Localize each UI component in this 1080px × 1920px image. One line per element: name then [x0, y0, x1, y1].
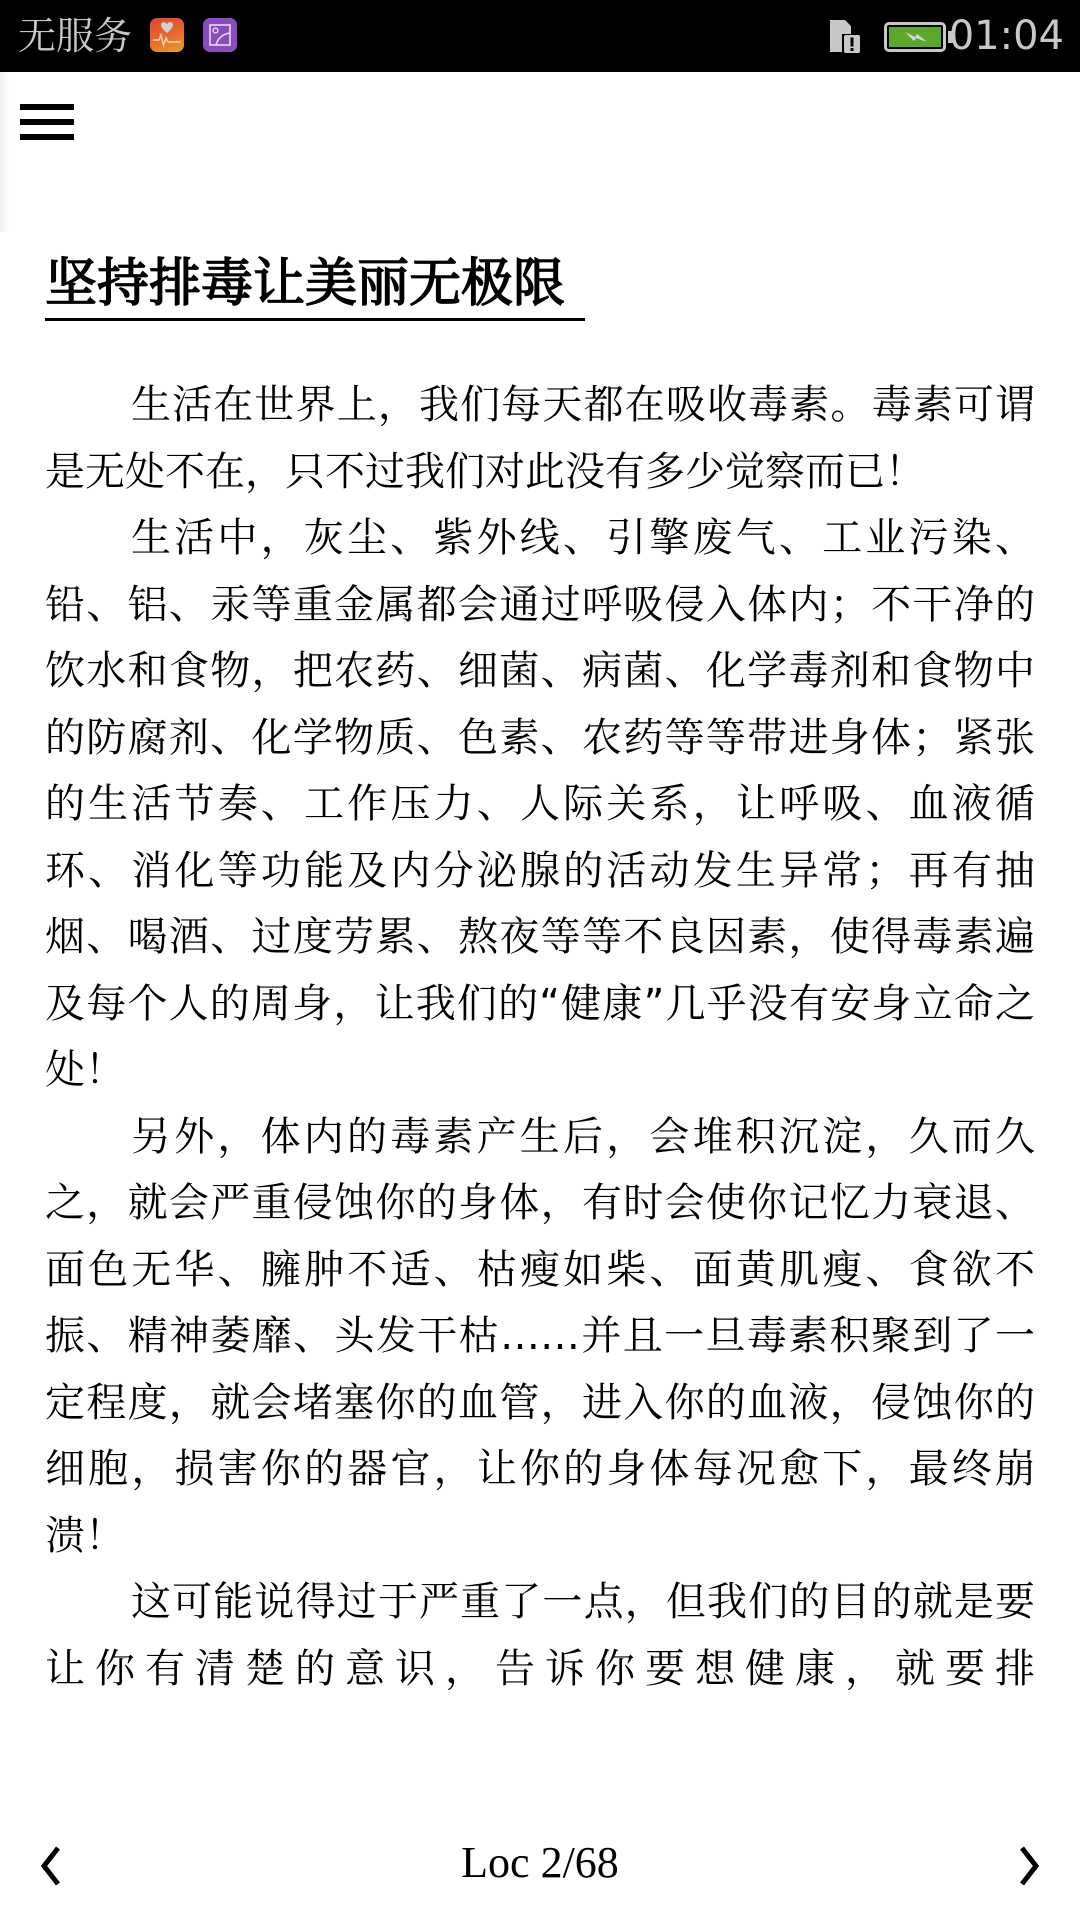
health-app-icon: [150, 18, 184, 52]
chevron-right-icon: [1002, 1834, 1052, 1894]
gallery-app-icon: [203, 18, 237, 52]
reader-footer: Loc 2/68: [0, 1830, 1080, 1900]
hamburger-menu-icon: [20, 104, 74, 110]
paragraph: 这可能说得过于严重了一点，但我们的目的就是要让你有清楚的意识，告诉你要想健康，就…: [45, 1569, 1035, 1702]
carrier-label: 无服务: [18, 14, 132, 58]
sim-alert-icon: [828, 18, 862, 54]
location-indicator: Loc 2/68: [0, 1836, 1080, 1890]
battery-charging-icon: [884, 22, 946, 52]
status-bar: 无服务 01:04: [0, 0, 1080, 72]
title-underline: [45, 318, 585, 321]
paragraph: 另外，体内的毒素产生后，会堆积沉淀，久而久之，就会严重侵蚀你的身体，有时会使你记…: [45, 1104, 1035, 1570]
clock: 01:04: [949, 13, 1064, 59]
hamburger-menu-icon-bar: [20, 134, 74, 140]
battery-level: [889, 27, 941, 47]
paragraph: 生活中，灰尘、紫外线、引擎废气、工业污染、铅、铝、汞等重金属都会通过呼吸侵入体内…: [45, 505, 1035, 1104]
article-body: 生活在世界上，我们每天都在吸收毒素。毒素可谓是无处不在，只不过我们对此没有多少觉…: [45, 372, 1035, 1702]
article-title: 坚持排毒让美丽无极限: [45, 252, 565, 316]
menu-button[interactable]: [14, 92, 80, 158]
hamburger-menu-icon-bar: [20, 119, 74, 125]
next-page-button[interactable]: [1002, 1834, 1052, 1894]
paragraph: 生活在世界上，我们每天都在吸收毒素。毒素可谓是无处不在，只不过我们对此没有多少觉…: [45, 372, 1035, 505]
drawer-edge-shadow: [0, 72, 10, 232]
